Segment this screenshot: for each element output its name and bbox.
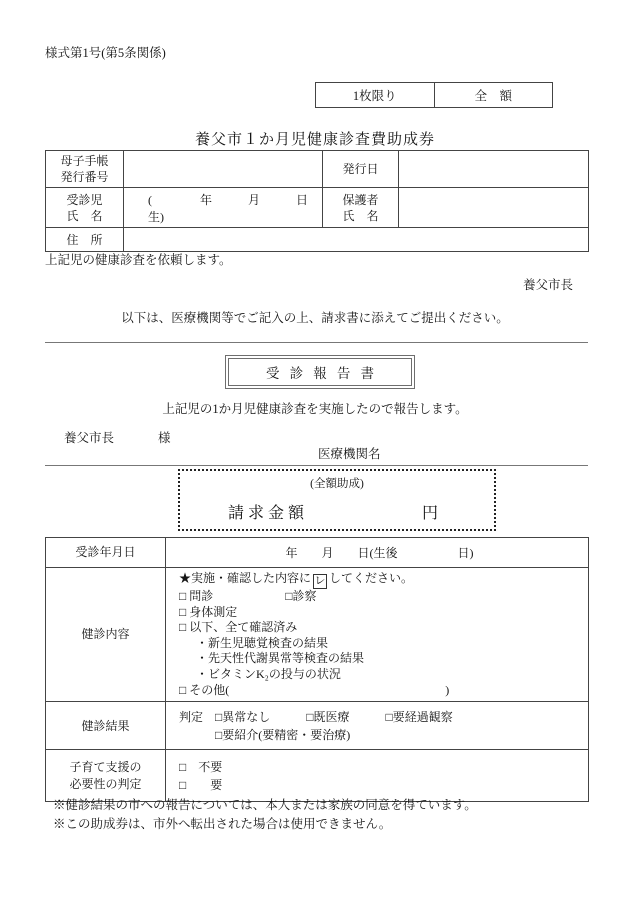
support-judgment-options: □ 不要 □ 要 xyxy=(179,758,580,794)
support-judgment-label: 子育て支援の 必要性の判定 xyxy=(46,750,166,802)
result-options-line1: 判定 □異常なし □既医療 □要経過観察 xyxy=(179,708,580,726)
report-text: 上記児の1か月児健康診査を実施したので報告します。 xyxy=(0,401,630,417)
exam-report-table: 受診年月日 年 月 日(生後 日) 健診内容 ★実施・確認した内容にレしてくださ… xyxy=(45,537,589,802)
checklist-instruction: ★実施・確認した内容にレしてください。 xyxy=(179,571,580,589)
checkbox-interview-exam: □ 問診 □診察 xyxy=(179,589,580,605)
request-text: 上記児の健康診査を依頼します。 xyxy=(45,252,232,268)
handbook-number-field xyxy=(124,151,323,188)
moving-out-note: ※この助成券は、市外へ転出された場合は使用できません。 xyxy=(53,816,391,832)
institution-name-label: 医療機関名 xyxy=(318,446,381,462)
item-hearing-test: ・新生児聴覚検査の結果 xyxy=(179,636,580,652)
support-not-needed-option: □ 不要 xyxy=(179,758,580,776)
report-title: 受診報告書 xyxy=(256,362,384,382)
address-field xyxy=(124,228,589,252)
honorific-sama: 様 xyxy=(158,430,171,446)
billing-amount-box: (全額助成) 請求金額 円 xyxy=(178,469,496,531)
checkbox-other: □ その他( ) xyxy=(179,683,580,699)
voucher-info-table: 母子手帳 発行番号 発行日 受診児 氏 名 ( 年 月 日生) 保護者 氏 名 … xyxy=(45,150,589,252)
guardian-name-field xyxy=(399,188,589,228)
handbook-number-label: 母子手帳 発行番号 xyxy=(46,151,124,188)
consent-note: ※健診結果の市への報告については、本人または家族の同意を得ています。 xyxy=(53,797,477,813)
mayor-addressee: 養父市長 xyxy=(64,430,114,446)
limit-cell: 1枚限り xyxy=(316,83,434,107)
exam-content-label: 健診内容 xyxy=(46,568,166,702)
checkbox-all-confirmed: □ 以下、全て確認済み xyxy=(179,620,580,636)
form-number-note: 様式第1号(第5条関係) xyxy=(45,45,166,61)
issue-date-label: 発行日 xyxy=(323,151,399,188)
exam-result-options: 判定 □異常なし □既医療 □要経過観察 □要紹介(要精密・要治療) xyxy=(179,708,580,744)
support-needed-option: □ 要 xyxy=(179,776,580,794)
address-label: 住 所 xyxy=(46,228,124,252)
exam-result-label: 健診結果 xyxy=(46,702,166,750)
issue-date-field xyxy=(399,151,589,188)
submit-instruction: 以下は、医療機関等でご記入の上、請求書に添えてご提出ください。 xyxy=(0,310,630,326)
result-options-line2: □要紹介(要精密・要治療) xyxy=(179,726,580,744)
yen-label: 円 xyxy=(422,500,442,523)
item-vitamin-k2: ・ビタミンK₂の投与の状況 xyxy=(179,667,580,683)
guardian-name-label: 保護者 氏 名 xyxy=(323,188,399,228)
mayor-signature: 養父市長 xyxy=(523,277,573,293)
section-divider xyxy=(45,342,588,343)
check-mark-sample: レ xyxy=(313,574,327,589)
limit-amount-box: 1枚限り 全 額 xyxy=(315,82,553,108)
report-title-box: 受診報告書 xyxy=(225,355,415,389)
billing-amount-label: 請求金額 xyxy=(228,500,308,523)
exam-date-field: 年 月 日(生後 日) xyxy=(166,538,589,568)
amount-cell: 全 額 xyxy=(434,83,553,107)
child-name-label: 受診児 氏 名 xyxy=(46,188,124,228)
institution-divider xyxy=(45,465,588,466)
exam-content-checklist: ★実施・確認した内容にレしてください。 □ 問診 □診察 □ 身体測定 □ 以下… xyxy=(179,571,580,698)
checkbox-body-measurement: □ 身体測定 xyxy=(179,605,580,621)
exam-date-label: 受診年月日 xyxy=(46,538,166,568)
child-birthdate-field: ( 年 月 日生) xyxy=(124,188,323,228)
item-metabolic-test: ・先天性代謝異常等検査の結果 xyxy=(179,651,580,667)
full-subsidy-note: (全額助成) xyxy=(180,475,494,491)
form-page: 様式第1号(第5条関係) 1枚限り 全 額 養父市１か月児健康診査費助成券 母子… xyxy=(0,0,630,903)
page-title: 養父市１か月児健康診査費助成券 xyxy=(0,128,630,149)
